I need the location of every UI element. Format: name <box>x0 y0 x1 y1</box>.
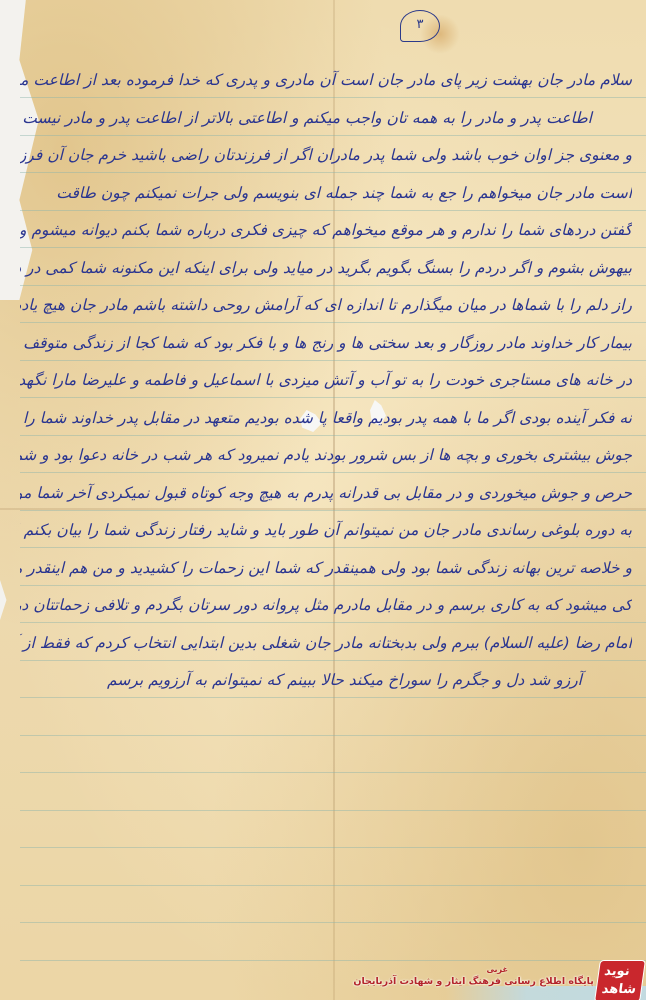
letter-line: در خانه های مستاجری خودت را به تو آب و آ… <box>20 362 632 400</box>
letter-line: گفتن دردهای شما را ندارم و هر موقع میخوا… <box>20 212 632 250</box>
navid-shahed-logo: نوید شاهد <box>595 961 645 1000</box>
letter-line: به دوره بلوغی رساندی مادر جان من نمیتوان… <box>20 512 632 550</box>
letter-line: راز دلم را با شماها در میان میگذارم تا ا… <box>20 287 632 325</box>
letter-line: بیمار کار خداوند مادر روزگار و بعد سختی … <box>20 325 632 363</box>
letter-line: حرص و جوش میخوردی و در مقابل بی قدرانه پ… <box>20 475 632 513</box>
watermark-caption: پایگاه اطلاع رسانی فرهنگ ایثار و شهادت آ… <box>353 976 593 987</box>
letter-line: آرزو شد دل و جگرم را سوراخ میکند حالا بب… <box>20 662 632 700</box>
letter-line: کی میشود که به کاری برسم و در مقابل مادر… <box>20 587 632 625</box>
ruled-line <box>20 922 646 923</box>
ruled-line <box>20 960 646 961</box>
ruled-line <box>20 885 646 886</box>
watermark: نوید شاهد پایگاه اطلاع رسانی فرهنگ ایثار… <box>442 966 642 996</box>
letter-line: اطاعت پدر و مادر را به همه تان واجب میکن… <box>20 100 632 138</box>
ruled-line <box>20 847 646 848</box>
letter-line: و خلاصه ترین بهانه زندگی شما بود ولی همی… <box>20 550 632 588</box>
letter-line: نه فکر آینده بودی اگر ما با همه پدر بودی… <box>20 400 632 438</box>
ruled-line <box>20 735 646 736</box>
letter-body: سلام مادر جان بهشت زیر پای مادر جان است … <box>20 62 632 700</box>
page-number: ۳ <box>400 10 440 42</box>
letter-line: و معنوی جز اوان خوب باشد ولی شما پدر ماد… <box>20 137 632 175</box>
letter-line: بیهوش بشوم و اگر دردم را بسنگ بگویم بگری… <box>20 250 632 288</box>
letter-line: امام رضا (علیه السلام) ببرم ولی بدبختانه… <box>20 625 632 663</box>
ruled-line <box>20 772 646 773</box>
letter-line: است مادر جان میخواهم را جع به شما چند جم… <box>20 175 632 213</box>
ruled-line <box>20 810 646 811</box>
letter-line: جوش بیشتری بخوری و بچه ها از بس شرور بود… <box>20 437 632 475</box>
letter-line: سلام مادر جان بهشت زیر پای مادر جان است … <box>20 62 632 100</box>
